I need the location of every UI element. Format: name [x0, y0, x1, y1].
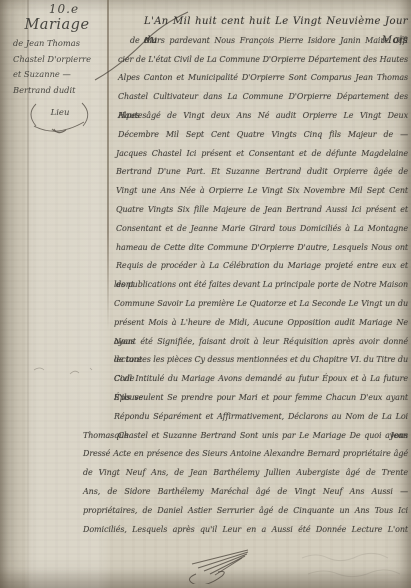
signature-paraph-icon: [182, 544, 270, 584]
manuscript-line: Ans, de Sidore Barthélemy Maréchal âgé d…: [80, 483, 408, 502]
body-lines: L'An Mil huit cent huit Le Vingt Neuvièm…: [80, 13, 408, 539]
manuscript-line: Thomas Chastel et Suzanne Bertrand Sont …: [80, 427, 408, 446]
manuscript-line: Quatre Vingts Six fille Majeure de Jean …: [80, 201, 408, 220]
manuscript-line: les publications ont été faites devant L…: [80, 276, 408, 295]
manuscript-line: propriétaires, de Daniel Astier Serrurie…: [80, 502, 408, 521]
manuscript-line: Vingt une Ans Née à Orpierre Le Vingt Si…: [80, 182, 408, 201]
manuscript-line: Consentant et de Jeanne Marie Girard tou…: [80, 220, 408, 239]
manuscript-line: Dressé Acte en présence des Sieurs Antoi…: [80, 445, 408, 464]
manuscript-line: L'An Mil huit cent huit Le Vingt Neuvièm…: [80, 13, 408, 32]
manuscript-line: ayant été Signifiée, faisant droit à leu…: [80, 333, 408, 352]
manuscript-line: Répondu Séparément et Affirmativement, D…: [80, 408, 408, 427]
manuscript-line: Domiciliés, Lesquels après qu'il Leur en…: [80, 521, 408, 540]
manuscript-line: Alpes Canton et Municipalité D'Orpierre …: [80, 69, 408, 88]
manuscript-line: S'ils veulent Se prendre pour Mari et po…: [80, 389, 408, 408]
manuscript-line: Alpes âgé de Vingt deux Ans Né audit Orp…: [80, 107, 408, 126]
ink-showthrough: [298, 548, 408, 586]
manuscript-line: présent Mois à L'heure de Midi, Aucune O…: [80, 314, 408, 333]
manuscript-line: Commune Savoir La première Le Quatorze e…: [80, 295, 408, 314]
ink-speck: [30, 362, 100, 382]
manuscript-line: Chastel Cultivateur dans La Commune D'Or…: [80, 88, 408, 107]
manuscript-line: de toutes les pièces Cy dessus mentionné…: [80, 351, 408, 370]
manuscript-line: Requis de procéder à La Célébration du M…: [80, 257, 408, 276]
manuscript-body: L'An Mil huit cent huit Le Vingt Neuvièm…: [80, 13, 408, 539]
manuscript-line: de Vingt Neuf Ans, de Jean Barthélemy Ju…: [80, 464, 408, 483]
manuscript-line: Décembre Mil Sept Cent Quatre Vingts Cin…: [80, 126, 408, 145]
manuscript-line: Jacques Chastel Ici présent et Consentan…: [80, 145, 408, 164]
manuscript-line: de Mars pardevant Nous François Pierre I…: [80, 32, 408, 51]
scanned-register-page: 10.e Mariage de Jean ThomasChastel D'orp…: [0, 0, 411, 588]
manuscript-line: Civil Intitulé du Mariage Avons demandé …: [80, 370, 408, 389]
manuscript-line: Bertrand D'une Part. Et Suzanne Bertrand…: [80, 163, 408, 182]
manuscript-line: hameau de Cette dite Commune D'Orpierre …: [80, 239, 408, 258]
manuscript-line: cier de L'état Civil de La Commune D'Orp…: [80, 51, 408, 70]
